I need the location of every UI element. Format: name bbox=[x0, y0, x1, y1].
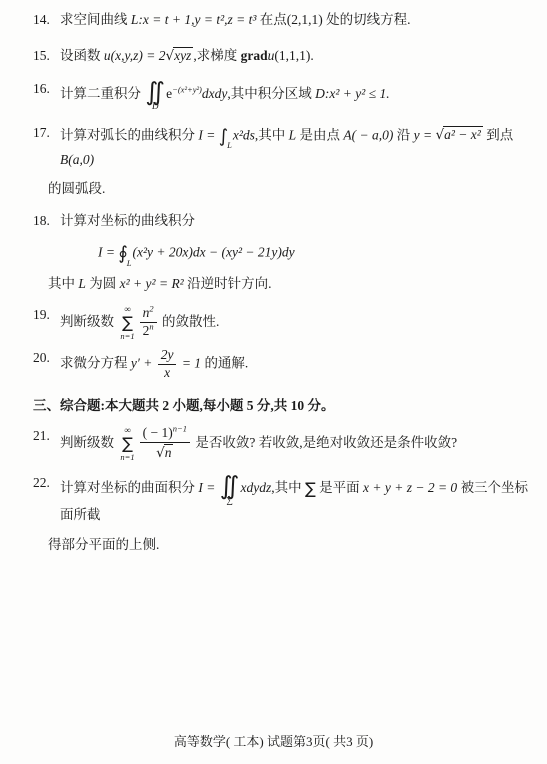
fraction-denominator: √n bbox=[140, 443, 190, 461]
integrand: xdydz bbox=[240, 481, 271, 496]
sigma-lower-limit: n=1 bbox=[120, 453, 134, 462]
problem-19: 19. 判断级数 ∞∑n=1n22n 的敛散性. bbox=[33, 305, 531, 341]
problem-14-formula: L:x = t + 1,y = t²,z = t³ bbox=[131, 12, 257, 27]
fraction-numerator: n2 bbox=[140, 306, 157, 323]
problem-20-text: 求微分方程 bbox=[60, 355, 131, 370]
problem-14-text: 求空间曲线 bbox=[60, 12, 131, 27]
problem-17-text: 计算对弧长的曲线积分 bbox=[60, 127, 198, 142]
radical: √a² − x² bbox=[436, 125, 483, 145]
numerator-exponent: 2 bbox=[149, 303, 153, 313]
problem-19-text: 判断级数 bbox=[60, 313, 117, 328]
integral-equation-lhs: I = bbox=[98, 245, 118, 260]
problem-15-text-mid: ,求梯度 bbox=[193, 48, 240, 63]
curve-label: L bbox=[78, 276, 86, 291]
problem-18-note-text-3: 沿逆时针方向. bbox=[184, 276, 272, 291]
problem-16-number: 16. bbox=[33, 79, 50, 99]
exponent: −(x²+y²) bbox=[172, 84, 202, 94]
problem-15-formula: u(x,y,z) = 2 bbox=[104, 48, 166, 63]
integrand: x²ds bbox=[233, 127, 255, 142]
integral-equation-lhs: I = bbox=[198, 481, 218, 496]
fraction-numerator: 2y bbox=[158, 348, 177, 365]
problem-17-text-3: 是由点 bbox=[296, 127, 343, 142]
domain-condition: D:x² + y² ≤ 1. bbox=[315, 86, 389, 101]
problem-22-text-2: ,其中 bbox=[271, 481, 305, 496]
radicand: n bbox=[164, 444, 174, 461]
problem-17-text-4: 沿 bbox=[393, 127, 413, 142]
radicand: xyz bbox=[173, 47, 193, 64]
problem-18-number: 18. bbox=[33, 211, 50, 231]
radicand: a² − x² bbox=[443, 126, 483, 143]
problem-20-text-after: 的通解. bbox=[201, 355, 248, 370]
fraction: n22n bbox=[140, 306, 157, 339]
problem-18-note-text: 其中 bbox=[48, 276, 78, 291]
point-b: B(a,0) bbox=[60, 152, 94, 167]
integral-equation-lhs: I = bbox=[198, 127, 218, 142]
ode-lhs: y′ + bbox=[131, 355, 156, 370]
sigma-sum: ∞∑n=1 bbox=[120, 426, 134, 462]
problem-21-number: 21. bbox=[33, 426, 50, 446]
problem-19-number: 19. bbox=[33, 305, 50, 325]
integrand: (x²y + 20x)dx − (xy² − 21y)dy bbox=[132, 245, 294, 260]
fraction-denominator: x bbox=[158, 365, 177, 381]
sigma-lower-limit: n=1 bbox=[120, 332, 134, 341]
problem-18-display-formula: I = ∮L(x²y + 20x)dx − (xy² − 21y)dy bbox=[98, 240, 531, 267]
problem-22-number: 22. bbox=[33, 473, 50, 493]
problem-21-text-after: 是否收敛? 若收敛,是绝对收敛还是条件收敛? bbox=[192, 435, 457, 450]
problem-16-text-mid: ,其中积分区域 bbox=[227, 86, 315, 101]
numerator-base: ( − 1) bbox=[143, 425, 173, 440]
curve-equation: y = bbox=[414, 127, 436, 142]
numerator-exponent: n−1 bbox=[173, 424, 187, 434]
problem-17-continuation: 的圆弧段. bbox=[48, 179, 531, 199]
circle-equation: x² + y² = R² bbox=[120, 276, 184, 291]
problem-15-number: 15. bbox=[33, 46, 50, 66]
page-footer: 高等数学( 工本) 试题第3页( 共3 页) bbox=[0, 731, 547, 750]
problem-15: 15. 设函数 u(x,y,z) = 2√xyz,求梯度 gradu(1,1,1… bbox=[33, 46, 531, 66]
fraction-numerator: ( − 1)n−1 bbox=[140, 426, 190, 443]
problem-16: 16. 计算二重积分 ∬De−(x²+y²)dxdy,其中积分区域 D:x² +… bbox=[33, 79, 531, 111]
problem-18-note: 其中 L 为圆 x² + y² = R² 沿逆时针方向. bbox=[48, 274, 531, 294]
sigma-icon: ∑ bbox=[120, 436, 134, 452]
problem-20: 20. 求微分方程 y′ + 2yx = 1 的通解. bbox=[33, 348, 531, 381]
problem-22-text: 计算对坐标的曲面积分 bbox=[60, 481, 198, 496]
problem-17-number: 17. bbox=[33, 123, 50, 143]
problem-18-text: 计算对坐标的曲线积分 bbox=[60, 213, 195, 228]
double-integral: ∬D bbox=[145, 79, 165, 111]
problem-17-text-2: ,其中 bbox=[255, 127, 289, 142]
integral-path-label: L bbox=[127, 258, 132, 268]
problem-22-continuation: 得部分平面的上侧. bbox=[48, 535, 531, 555]
problem-16-text: 计算二重积分 bbox=[60, 86, 144, 101]
differential-term: dxdy bbox=[202, 86, 227, 101]
problem-21-text: 判断级数 bbox=[60, 435, 117, 450]
denominator-exponent: n bbox=[149, 321, 153, 331]
problem-19-text-after: 的敛散性. bbox=[159, 313, 220, 328]
problem-14-number: 14. bbox=[33, 10, 50, 30]
double-integral-icon: ∬ bbox=[145, 79, 165, 104]
exam-content: 14. 求空间曲线 L:x = t + 1,y = t²,z = t³ 在点(2… bbox=[33, 8, 531, 555]
problem-18: 18. 计算对坐标的曲线积分 I = ∮L(x²y + 20x)dx − (xy… bbox=[33, 211, 531, 295]
problem-22-text-3: 是平面 bbox=[316, 481, 363, 496]
problem-15-text: 设函数 bbox=[60, 48, 104, 63]
fraction-denominator: 2n bbox=[140, 323, 157, 339]
radical: √xyz bbox=[165, 46, 193, 66]
problem-18-note-text-2: 为圆 bbox=[86, 276, 120, 291]
fraction: ( − 1)n−1√n bbox=[140, 426, 190, 461]
point-a: A( − a,0) bbox=[343, 127, 393, 142]
integral-path-label: L bbox=[227, 140, 232, 150]
problem-22: 22. 计算对坐标的曲面积分 I = ∬∑xdydz,其中 ∑ 是平面 x + … bbox=[33, 473, 531, 555]
ode-rhs: = 1 bbox=[178, 355, 201, 370]
problem-17: 17. 计算对弧长的曲线积分 I = ∫Lx²ds,其中 L 是由点 A( − … bbox=[33, 123, 531, 200]
plane-equation: x + y + z − 2 = 0 bbox=[363, 481, 457, 496]
radical: √n bbox=[156, 444, 173, 461]
problem-20-number: 20. bbox=[33, 348, 50, 368]
sigma-sum: ∞∑n=1 bbox=[120, 305, 134, 341]
problem-14: 14. 求空间曲线 L:x = t + 1,y = t²,z = t³ 在点(2… bbox=[33, 10, 531, 30]
section-3-header: 三、综合题:本大题共 2 小题,每小题 5 分,共 10 分。 bbox=[33, 396, 531, 416]
exam-page: 14. 求空间曲线 L:x = t + 1,y = t²,z = t³ 在点(2… bbox=[0, 0, 547, 764]
problem-17-text-5: 到点 bbox=[483, 127, 513, 142]
problem-21: 21. 判断级数 ∞∑n=1( − 1)n−1√n 是否收敛? 若收敛,是绝对收… bbox=[33, 426, 531, 462]
problem-14-text-after: 在点(2,1,1) 处的切线方程. bbox=[256, 12, 410, 27]
sigma-icon: ∑ bbox=[120, 315, 134, 331]
sigma-surface-icon: ∑ bbox=[305, 480, 316, 499]
surface-integral: ∬∑ bbox=[220, 473, 240, 505]
fraction: 2yx bbox=[158, 348, 177, 381]
grad-operator: grad bbox=[241, 48, 268, 63]
problem-15-text-after: (1,1,1). bbox=[274, 48, 313, 63]
